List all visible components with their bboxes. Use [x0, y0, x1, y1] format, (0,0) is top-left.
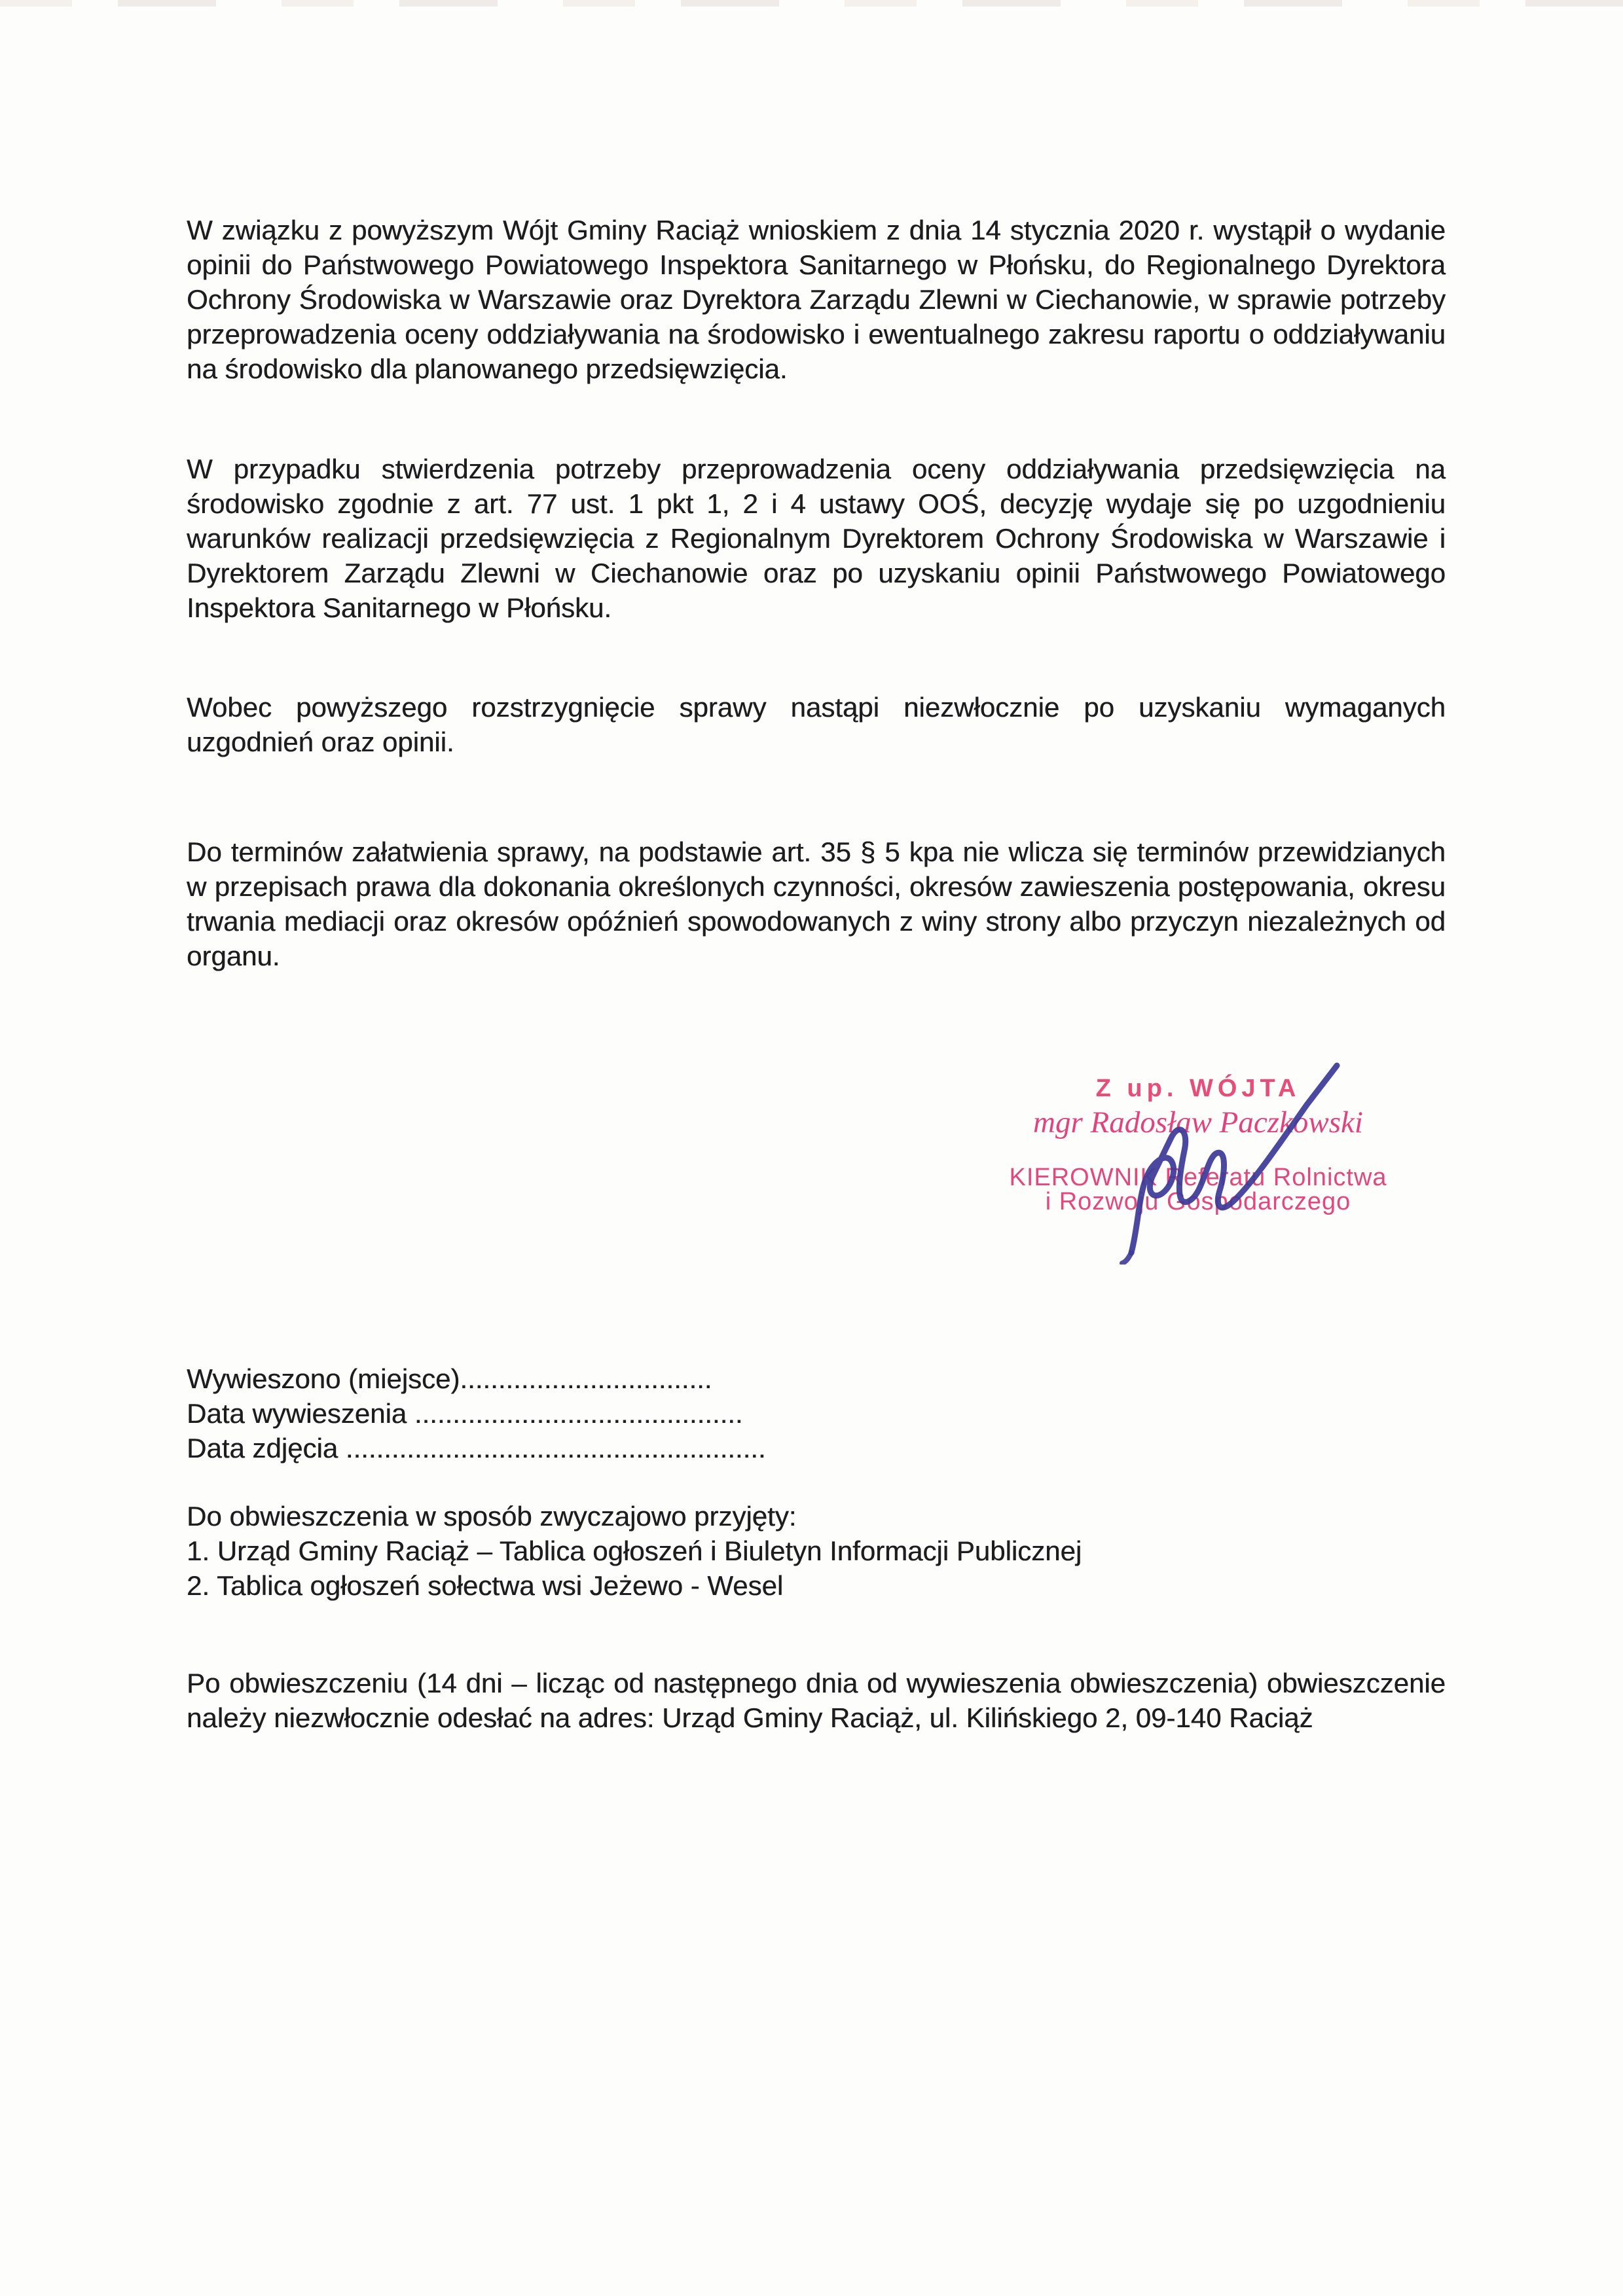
paragraph-deadlines: Do terminów załatwienia sprawy, na podst…: [187, 834, 1446, 973]
paragraph-return-instruction: Po obwieszczeniu (14 dni – licząc od nas…: [187, 1666, 1446, 1735]
announcement-item: 2. Tablica ogłoszeń sołectwa wsi Jeżewo …: [187, 1568, 1446, 1603]
posted-date-line: Data wywieszenia .......................…: [187, 1396, 1446, 1431]
scan-edge-artifact: [0, 0, 1623, 7]
announcement-heading: Do obwieszczenia w sposób zwyczajowo prz…: [187, 1499, 1446, 1534]
announcement-block: Do obwieszczenia w sposób zwyczajowo prz…: [187, 1499, 1446, 1603]
handwritten-signature: [1106, 1055, 1362, 1265]
announcement-item: 1. Urząd Gminy Raciąż – Tablica ogłoszeń…: [187, 1534, 1446, 1568]
posting-block: Wywieszono (miejsce)....................…: [187, 1361, 1446, 1465]
posted-place-line: Wywieszono (miejsce)....................…: [187, 1361, 1446, 1396]
removed-date-line: Data zdjęcia ...........................…: [187, 1431, 1446, 1465]
scanned-document-page: W związku z powyższym Wójt Gminy Raciąż …: [0, 0, 1623, 2296]
paragraph-intro: W związku z powyższym Wójt Gminy Raciąż …: [187, 213, 1446, 386]
paragraph-assessment: W przypadku stwierdzenia potrzeby przepr…: [187, 452, 1446, 625]
paragraph-resolution: Wobec powyższego rozstrzygnięcie sprawy …: [187, 690, 1446, 759]
